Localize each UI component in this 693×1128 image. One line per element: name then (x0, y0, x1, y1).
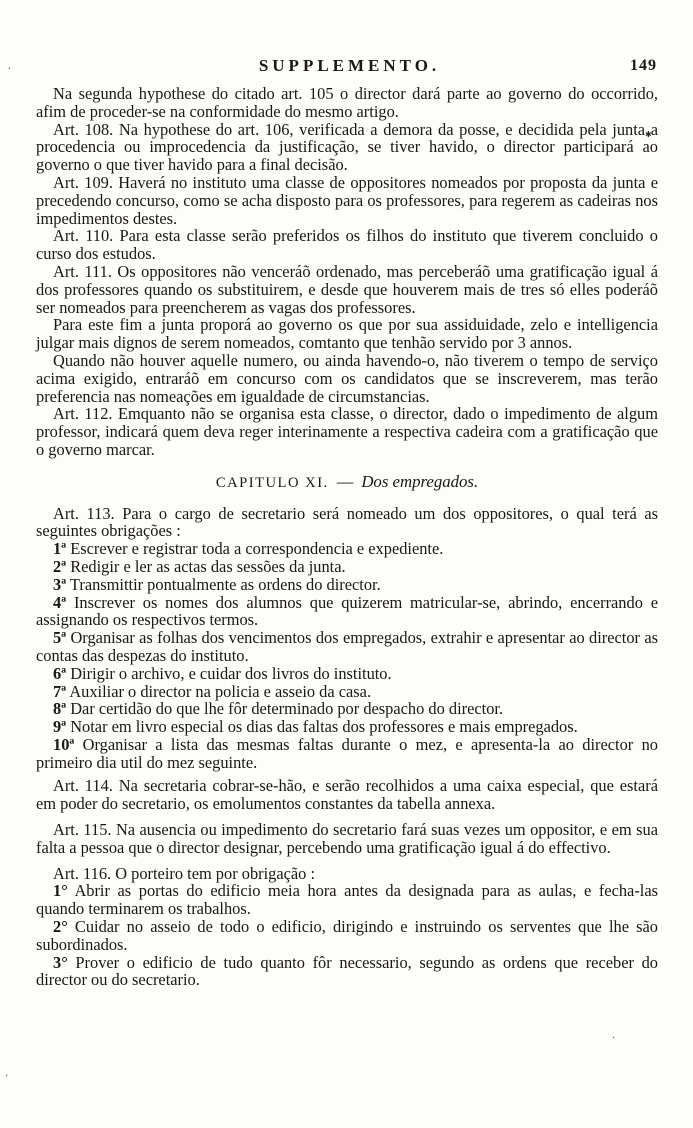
porter-item-3: 3° Prover o edificio de tudo quanto fôr … (36, 954, 658, 990)
ordinal-marker: 2° (53, 917, 68, 936)
book-page: SUPPLEMENTO. 149 Na segunda hypothese do… (0, 0, 693, 1128)
ordinal-marker: 3ª (53, 575, 66, 594)
duty-item-3: 3ª Transmittir pontualmente as ordens do… (36, 576, 658, 594)
article-110: Art. 110. Para esta classe serão preferi… (36, 227, 658, 263)
duty-item-1: 1ª Escrever e registrar toda a correspon… (36, 540, 658, 558)
article-116: Art. 116. O porteiro tem por obrigação : (36, 865, 658, 883)
porter-item-2: 2° Cuidar no asseio de todo o edificio, … (36, 918, 658, 954)
ordinal-marker: 2ª (53, 557, 66, 576)
duty-item-2: 2ª Redigir e ler as actas das sessões da… (36, 558, 658, 576)
ordinal-marker: 7ª (53, 682, 66, 701)
duty-item-5: 5ª Organisar as folhas dos vencimentos d… (36, 629, 658, 665)
ordinal-marker: 3° (53, 953, 68, 972)
scan-speck: · (5, 1072, 8, 1082)
article-109: Art. 109. Haverá no instituto uma classe… (36, 174, 658, 227)
ordinal-marker: 1ª (53, 539, 66, 558)
article-111: Art. 111. Os oppositores não venceráõ or… (36, 263, 658, 316)
paragraph-intro: Na segunda hypothese do citado art. 105 … (36, 85, 658, 121)
duty-text: Organisar as folhas dos vencimentos dos … (36, 628, 658, 665)
chapter-heading: CAPITULO XI. — Dos empregados. (36, 473, 658, 493)
page-number: 149 (630, 57, 657, 75)
ordinal-marker: 9ª (53, 717, 66, 736)
duty-text: Escrever e registrar toda a corresponden… (70, 539, 443, 558)
duty-item-6: 6ª Dirigir o archivo, e cuidar dos livro… (36, 665, 658, 683)
ordinal-marker: 5ª (53, 628, 66, 647)
duty-text: Dar certidão do que lhe fôr determinado … (70, 699, 503, 718)
scan-speck: . (8, 62, 11, 72)
duty-text: Dirigir o archivo, e cuidar dos livros d… (70, 664, 391, 683)
article-114: Art. 114. Na secretaria cobrar-se-hão, e… (36, 777, 658, 813)
ordinal-marker: 1° (53, 881, 68, 900)
duty-text: Redigir e ler as actas das sessões da ju… (70, 557, 345, 576)
duty-text: Transmittir pontualmente as ordens do di… (70, 575, 381, 594)
ordinal-marker: 4ª (53, 593, 66, 612)
chapter-dash: — (333, 472, 357, 491)
page-header: SUPPLEMENTO. 149 (36, 56, 663, 78)
article-115: Art. 115. Na ausencia ou impedimento do … (36, 821, 658, 857)
duty-text: Abrir as portas do edificio meia hora an… (36, 881, 658, 918)
ordinal-marker: 10ª (53, 735, 74, 754)
duty-item-4: 4ª Inscrever os nomes dos alumnos que qu… (36, 594, 658, 630)
duty-text: Organisar a lista das mesmas faltas dura… (36, 735, 658, 772)
text-block: Na segunda hypothese do citado art. 105 … (36, 85, 658, 989)
running-title: SUPPLEMENTO. (36, 56, 663, 76)
paragraph-para-este-fim: Para este fim a junta proporá ao governo… (36, 316, 658, 352)
duty-text: Notar em livro especial os dias das falt… (70, 717, 578, 736)
duty-text: Prover o edificio de tudo quanto fôr nec… (36, 953, 658, 990)
duty-item-9: 9ª Notar em livro especial os dias das f… (36, 718, 658, 736)
duty-text: Auxiliar o director na policia e asseio … (69, 682, 371, 701)
duty-item-8: 8ª Dar certidão do que lhe fôr determina… (36, 700, 658, 718)
chapter-title: Dos empregados. (361, 472, 478, 491)
chapter-label: CAPITULO XI. (216, 475, 329, 491)
article-112: Art. 112. Emquanto não se organisa esta … (36, 405, 658, 458)
ordinal-marker: 6ª (53, 664, 66, 683)
duty-text: Inscrever os nomes dos alumnos que quize… (36, 593, 658, 630)
duty-item-10: 10ª Organisar a lista das mesmas faltas … (36, 736, 658, 772)
duty-item-7: 7ª Auxiliar o director na policia e asse… (36, 683, 658, 701)
article-108: Art. 108. Na hypothese do art. 106, veri… (36, 121, 658, 174)
porter-item-1: 1° Abrir as portas do edificio meia hora… (36, 882, 658, 918)
ordinal-marker: 8ª (53, 699, 66, 718)
scan-speck: · (612, 1034, 615, 1044)
duty-text: Cuidar no asseio de todo o edificio, dir… (36, 917, 658, 954)
paragraph-quando-nao-houver: Quando não houver aquelle numero, ou ain… (36, 352, 658, 405)
article-113: Art. 113. Para o cargo de secretario ser… (36, 505, 658, 541)
